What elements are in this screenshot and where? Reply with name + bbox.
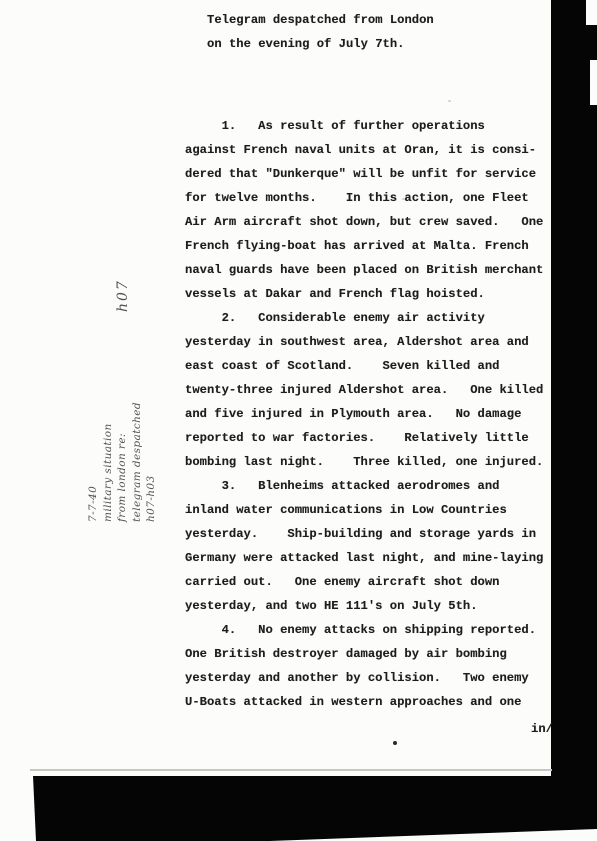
body-line: against French naval units at Oran, it i…	[185, 138, 543, 162]
header-line-2: on the evening of July 7th.	[207, 32, 434, 56]
ink-speck	[393, 741, 397, 745]
paper-speck	[448, 100, 451, 102]
header-line-1: Telegram despatched from London	[207, 8, 434, 32]
margin-annotation-note: 7-7-40 military situation from london re…	[86, 356, 162, 522]
body-line: east coast of Scotland. Seven killed and	[185, 354, 543, 378]
body-line: for twelve months. In this action, one F…	[185, 186, 543, 210]
paper-speck	[402, 198, 405, 200]
document-header: Telegram despatched from London on the e…	[207, 8, 434, 56]
body-line: reported to war factories. Relatively li…	[185, 426, 543, 450]
body-line: One British destroyer damaged by air bom…	[185, 642, 543, 666]
body-line: bombing last night. Three killed, one in…	[185, 450, 543, 474]
body-line: yesterday. Ship-building and storage yar…	[185, 522, 543, 546]
annotation-note-line: h07-h03	[144, 356, 159, 522]
body-line: Germany were attacked last night, and mi…	[185, 546, 543, 570]
annotation-code-text: h07	[108, 252, 138, 312]
annotation-note-line: 7-7-40	[86, 356, 101, 522]
body-line: yesterday and another by collision. Two …	[185, 666, 543, 690]
margin-annotation-code: h07	[108, 252, 138, 312]
body-line: 1. As result of further operations	[185, 114, 543, 138]
annotation-note-line: telegram despatched	[130, 356, 145, 522]
body-line: dered that "Dunkerque" will be unfit for…	[185, 162, 543, 186]
body-line: yesterday in southwest area, Aldershot a…	[185, 330, 543, 354]
page-continuation-mark: in/	[531, 717, 553, 741]
body-line: French flying-boat has arrived at Malta.…	[185, 234, 543, 258]
document-page: Telegram despatched from London on the e…	[0, 0, 597, 841]
body-line: Air Arm aircraft shot down, but crew sav…	[185, 210, 543, 234]
page-bottom-edge	[30, 769, 552, 771]
annotation-note-line: military situation	[101, 356, 116, 522]
body-line: 2. Considerable enemy air activity	[185, 306, 543, 330]
document-body: 1. As result of further operations again…	[185, 114, 543, 714]
body-line: 3. Blenheims attacked aerodromes and	[185, 474, 543, 498]
annotation-note-text: 7-7-40 military situation from london re…	[86, 356, 162, 522]
body-line: U-Boats attacked in western approaches a…	[185, 690, 543, 714]
body-line: inland water communications in Low Count…	[185, 498, 543, 522]
body-line: 4. No enemy attacks on shipping reported…	[185, 618, 543, 642]
continuation-text: in/	[531, 717, 553, 741]
annotation-note-line: from london re:	[115, 356, 130, 522]
body-line: carried out. One enemy aircraft shot dow…	[185, 570, 543, 594]
body-line: and five injured in Plymouth area. No da…	[185, 402, 543, 426]
body-line: yesterday, and two HE 111's on July 5th.	[185, 594, 543, 618]
body-line: naval guards have been placed on British…	[185, 258, 543, 282]
body-line: vessels at Dakar and French flag hoisted…	[185, 282, 543, 306]
body-line: twenty-three injured Aldershot area. One…	[185, 378, 543, 402]
